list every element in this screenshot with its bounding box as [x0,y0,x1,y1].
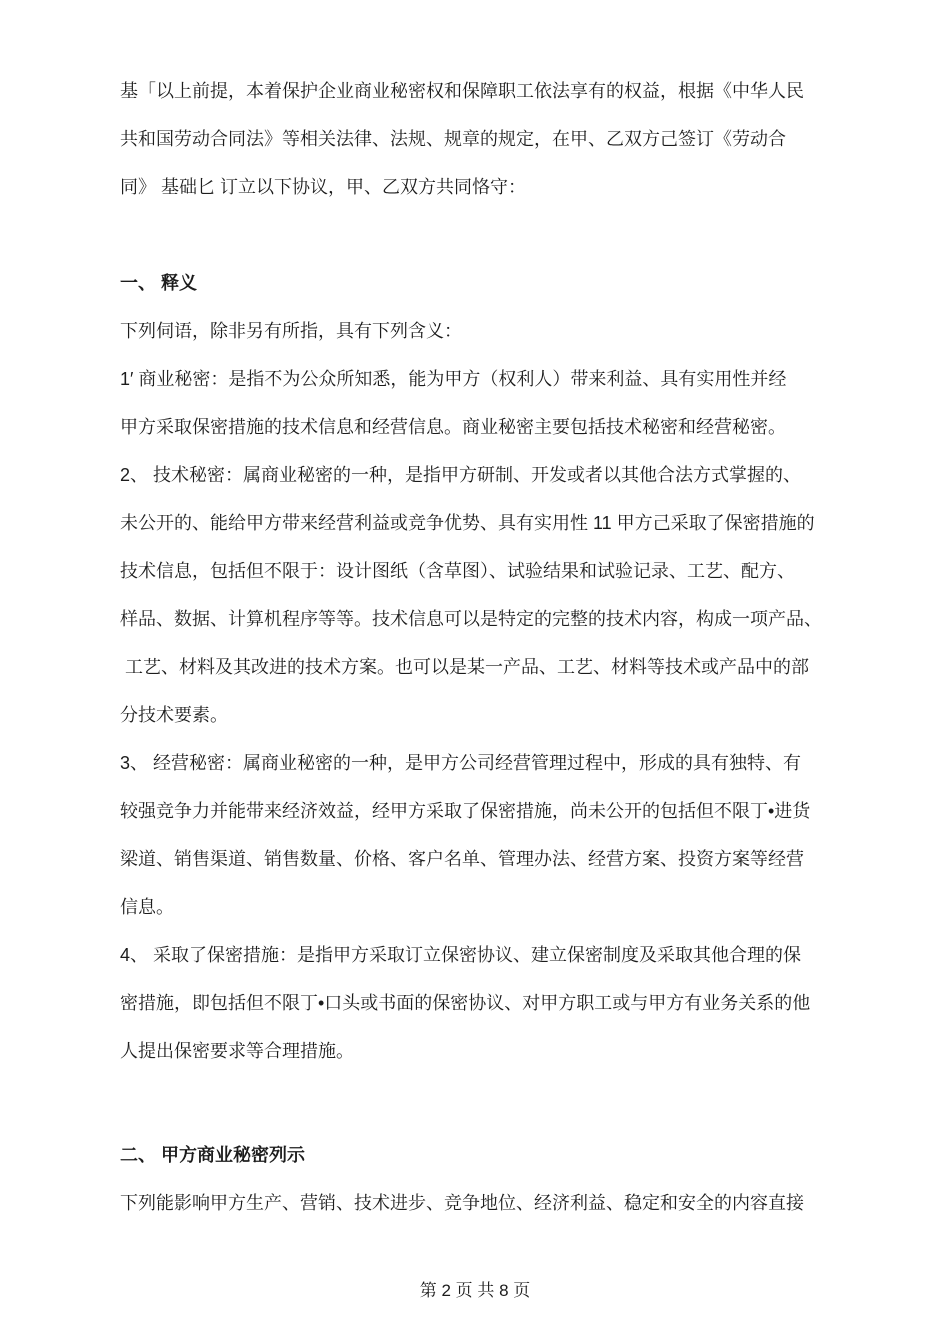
section-1-line: 人提出保密要求等合理措施。 [120,1027,836,1075]
section-1-line: 样品、数据、计算机程序等等。技术信息可以是特定的完整的技术内容，构成一项产品、 [120,595,836,643]
section-1-line: 4、 采取了保密措施：是指甲方采取订立保密协议、建立保密制度及采取其他合理的保 [120,931,836,979]
section-1-line: 分技术要素。 [120,691,836,739]
section-1-line: 技术信息，包括但不限于：设计图纸（含草图）、试验结果和试验记录、工艺、配方、 [120,547,836,595]
section-1-heading: 一、 释义 [120,259,836,307]
section-1-line: 甲方采取保密措施的技术信息和经营信息。商业秘密主要包括技术秘密和经营秘密。 [120,403,836,451]
document-page: 基「以上前提，本着保护企业商业秘密权和保障职工依法享有的权益，根据《中华人民 共… [0,0,950,1344]
section-1-line: 2、 技术秘密：属商业秘密的一种，是指甲方研制、开发或者以其他合法方式掌握的、 [120,451,836,499]
section-1-line: 较强竞争力并能带来经济效益，经甲方采取了保密措施，尚未公开的包括但不限丁•进货 [120,787,836,835]
section-1-line: 未公开的、能给甲方带来经营利益或竞争优势、具有实用性 11 甲方己采取了保密措施… [120,499,836,547]
intro-line: 同》 基础匕 订立以下协议，甲、乙双方共同恪守： [120,163,836,211]
section-1-line: 密措施，即包括但不限丁•口头或书面的保密协议、对甲方职工或与甲方有业务关系的他 [120,979,836,1027]
intro-line: 共和国劳动合同法》等相关法律、法规、规章的规定，在甲、乙双方己签订《劳动合 [120,115,836,163]
document-body: 基「以上前提，本着保护企业商业秘密权和保障职工依法享有的权益，根据《中华人民 共… [120,67,836,1227]
section-1-line: 梁道、销售渠道、销售数量、价格、客户名单、管理办法、经营方案、投资方案等经营 [120,835,836,883]
page-number: 第 2 页 共 8 页 [0,1276,950,1301]
section-1-line: 1′ 商业秘密：是指不为公众所知悉，能为甲方（权利人）带来利益、具有实用性并经 [120,355,836,403]
intro-line: 基「以上前提，本着保护企业商业秘密权和保障职工依法享有的权益，根据《中华人民 [120,67,836,115]
section-1-line: 下列伺语，除非另有所指，具有下列含义： [120,307,836,355]
section-2-line: 下列能影响甲方生产、营销、技术进步、竞争地位、经济利益、稳定和安全的内容直接 [120,1179,836,1227]
blank-line [120,1075,836,1131]
section-1-line: 工艺、材料及其改进的技术方案。也可以是某一产品、工艺、材料等技术或产品中的部 [120,643,836,691]
blank-line [120,211,836,259]
section-2-heading: 二、 甲方商业秘密列示 [120,1131,836,1179]
section-1-line: 3、 经营秘密：属商业秘密的一种，是甲方公司经营管理过程中，形成的具有独特、有 [120,739,836,787]
section-1-line: 信息。 [120,883,836,931]
